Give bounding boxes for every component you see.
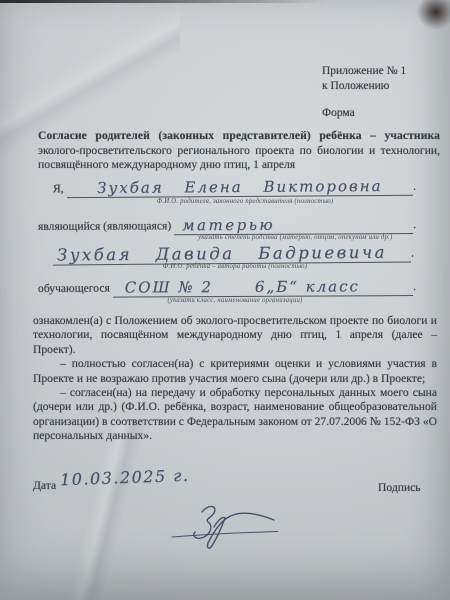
child-name-caption: Ф.И.О. ребёнка – автора работы (полность… [110, 263, 360, 270]
consent-paragraphs: ознакомлен(а) с Положением об эколого-пр… [33, 314, 437, 444]
student-label: обучающегося [38, 282, 110, 295]
school-blank: СОШ № 26„Б“ класс [113, 277, 413, 298]
relation-line: являющийся (являющаяся) матерью . [38, 214, 416, 235]
line-end-period: . [413, 218, 416, 231]
i-label: Я, [53, 182, 64, 195]
paragraph-acknowledged: ознакомлен(а) с Положением об эколого-пр… [33, 314, 437, 357]
parent-name-blank: Зухбая Елена Викторовна [66, 177, 413, 198]
signature-label: Подпись [378, 481, 421, 494]
relation-label: являющийся (являющаяся) [38, 219, 171, 233]
paragraph-agree-criteria: – полностью согласен(на) с критериями оц… [33, 357, 437, 386]
document-title-bold: Согласие родителей (законных представите… [38, 129, 440, 142]
parent-name-caption: Ф.И.О. родителя, законного представителя… [100, 198, 390, 205]
school-line: обучающегося СОШ № 26„Б“ класс . [38, 276, 416, 297]
relation-blank: матерью [174, 215, 413, 235]
class-handwriting: 6„Б“ класс [255, 277, 360, 296]
consent-form-photo: Приложение № 1 к Положению Форма Согласи… [0, 0, 450, 600]
form-label: Форма [322, 107, 355, 119]
parent-name-handwriting: Зухбая Елена Викторовна [97, 177, 382, 197]
line-end-period: . [413, 180, 416, 193]
line-end-period: . [413, 280, 416, 293]
paragraph-personal-data: – согласен(на) на передачу и обработку п… [33, 386, 437, 444]
document-title-rest: эколого-просветительского регионального … [38, 144, 440, 172]
photo-corner-shadow [410, 0, 450, 36]
line-end-period: . [411, 246, 414, 259]
parent-name-line: Я, Зухбая Елена Викторовна . [53, 176, 416, 198]
child-name-handwriting: Зухбая Давида Бадриевича [57, 243, 387, 265]
child-name-line: Зухбая Давида Бадриевича . [53, 241, 414, 264]
school-handwriting: СОШ № 2 [125, 278, 213, 296]
appendix-line-2: к Положению [322, 79, 406, 94]
school-caption: (указать класс, наименование организации… [110, 297, 360, 304]
signature-ink-icon [158, 497, 298, 555]
appendix-note: Приложение № 1 к Положению [322, 64, 406, 94]
document-title: Согласие родителей (законных представите… [38, 129, 440, 173]
appendix-line-1: Приложение № 1 [322, 64, 406, 79]
relation-caption: указать степень родства (матерью, отцом,… [198, 234, 438, 241]
date-label: Дата [33, 479, 56, 492]
signature-scribble [158, 497, 298, 555]
relation-handwriting: матерью [182, 216, 275, 234]
